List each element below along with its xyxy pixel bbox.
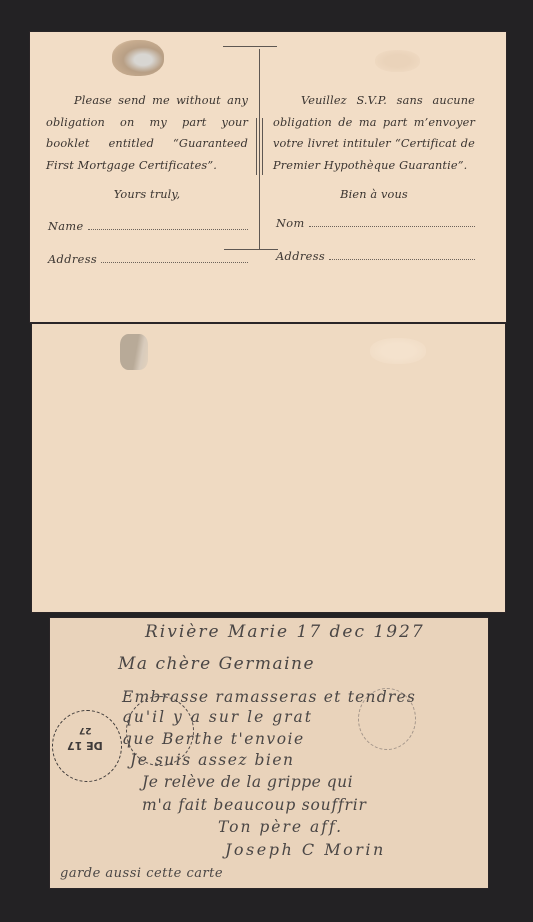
divider-top-bar — [223, 46, 277, 47]
paper-stain-faint — [370, 338, 426, 364]
address-label-fr: Address — [276, 250, 325, 263]
nom-label: Nom — [276, 217, 305, 230]
divider-stem — [259, 49, 260, 250]
letter-line: Je relève de la grippe qui — [142, 773, 353, 791]
paper-stain — [112, 40, 164, 76]
divider-bottom-bar — [224, 249, 278, 250]
french-request-text: Veuillez S.V.P. sans aucune obligation d… — [273, 90, 475, 206]
name-dotted-line — [88, 229, 248, 230]
divider-accent-left — [256, 118, 257, 175]
letter-salutation: Ma chère Germaine — [118, 654, 315, 674]
letter-heading: Rivière Marie 17 dec 1927 — [145, 622, 425, 642]
letter-postscript: garde aussi cette carte — [60, 866, 223, 881]
divider-accent-right — [262, 118, 263, 175]
letter-line: m'a fait beaucoup souffrir — [142, 796, 367, 814]
paper-stain-faint — [375, 50, 420, 72]
handwritten-postcard: Rivière Marie 17 dec 1927 Ma chère Germa… — [50, 618, 488, 888]
postmark-date: DE 17 — [67, 739, 103, 752]
reply-card-front: Please send me without any obligation on… — [30, 32, 506, 322]
postmark-faint-right — [358, 688, 416, 750]
address-field-en[interactable]: Address — [48, 253, 248, 266]
name-field[interactable]: Name — [48, 220, 248, 233]
address-field-fr[interactable]: Address — [276, 250, 475, 263]
address-dotted-line-fr — [329, 259, 475, 260]
postmark-year: 27 — [79, 725, 92, 735]
letter-signature: Joseph C Morin — [225, 840, 386, 859]
english-body: Please send me without any obligation on… — [46, 90, 248, 176]
postmark-left: DE 17 27 — [52, 710, 122, 782]
address-dotted-line-en — [101, 262, 248, 263]
english-request-text: Please send me without any obligation on… — [46, 90, 248, 206]
nom-dotted-line — [309, 226, 475, 227]
name-label: Name — [48, 220, 84, 233]
nom-field[interactable]: Nom — [276, 217, 475, 230]
address-label-en: Address — [48, 253, 97, 266]
reply-card-back — [32, 324, 505, 612]
english-closing: Yours truly, — [46, 184, 248, 206]
postmark-center — [126, 696, 194, 766]
letter-closing: Ton père aff. — [218, 818, 343, 836]
french-body: Veuillez S.V.P. sans aucune obligation d… — [273, 90, 475, 176]
paper-stain — [120, 334, 148, 370]
french-closing: Bien à vous — [273, 184, 475, 206]
